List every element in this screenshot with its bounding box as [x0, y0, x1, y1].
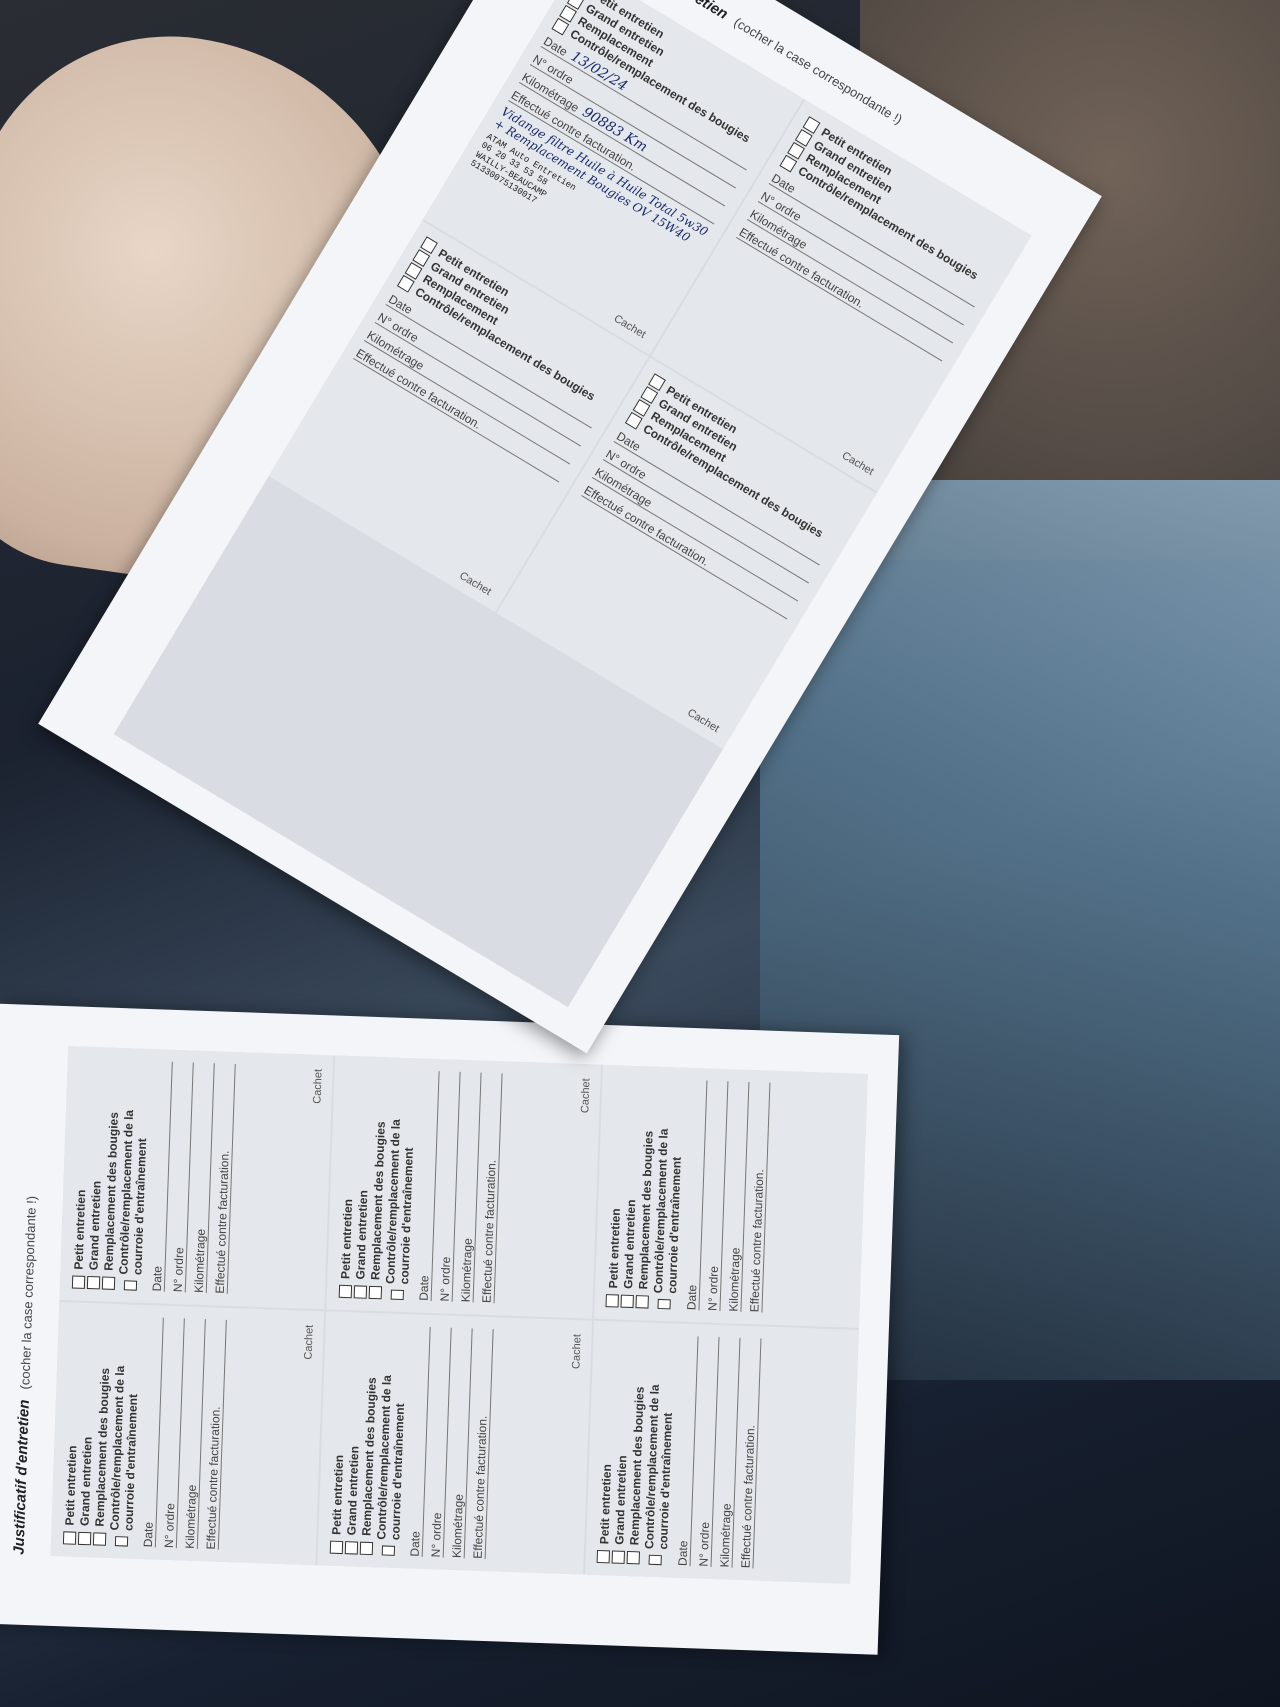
field-label: Effectué contre facturation.	[747, 1169, 766, 1313]
field-label: Effectué contre facturation.	[213, 1150, 232, 1294]
checkbox[interactable]	[368, 1286, 381, 1299]
checkbox[interactable]	[330, 1541, 343, 1554]
cachet-label: Cachet	[840, 449, 876, 477]
checkbox[interactable]	[123, 1281, 136, 1291]
field-label: N° ordre	[162, 1503, 178, 1548]
title-hint: (cocher la case correspondante !)	[17, 1196, 39, 1390]
checkbox[interactable]	[77, 1532, 90, 1545]
checkbox[interactable]	[62, 1531, 75, 1544]
checkbox[interactable]	[627, 1551, 640, 1564]
checkbox[interactable]	[597, 1550, 610, 1563]
field-label: Effectué contre facturation.	[738, 1425, 757, 1569]
checkbox[interactable]	[382, 1546, 395, 1556]
field-label: Kilométrage	[717, 1503, 733, 1567]
cachet-label: Cachet	[612, 312, 648, 340]
checkbox[interactable]	[345, 1541, 358, 1554]
entries-grid: Petit entretienGrand entretienRemplaceme…	[50, 1046, 867, 1584]
field-label: Date	[675, 1540, 690, 1566]
checkbox[interactable]	[92, 1532, 105, 1545]
maintenance-entry: Petit entretienGrand entretienRemplaceme…	[594, 1065, 868, 1328]
form-field[interactable]: Effectué contre facturation.	[736, 1338, 761, 1568]
checkbox[interactable]	[390, 1290, 403, 1300]
field-label: Date	[408, 1531, 423, 1557]
checkbox[interactable]	[71, 1275, 84, 1288]
checkbox[interactable]	[114, 1536, 127, 1546]
form-field[interactable]: Effectué contre facturation.	[478, 1073, 503, 1303]
field-label: Kilométrage	[183, 1484, 199, 1548]
checkbox[interactable]	[101, 1276, 114, 1289]
checkbox[interactable]	[86, 1276, 99, 1289]
field-label: Effectué contre facturation.	[471, 1415, 490, 1559]
option-label: Petit entretien	[339, 1199, 356, 1279]
cachet-label: Cachet	[303, 1325, 316, 1360]
option-label: Contrôle/remplacement de la courroie d'e…	[116, 1060, 151, 1275]
field-label: Kilométrage	[726, 1247, 742, 1311]
field-label: N° ordre	[171, 1247, 187, 1292]
field-label: Kilométrage	[450, 1494, 466, 1558]
checkbox[interactable]	[621, 1295, 634, 1308]
field-label: N° ordre	[696, 1522, 712, 1567]
checkbox[interactable]	[606, 1294, 619, 1307]
field-label: N° ordre	[438, 1256, 454, 1301]
form-field[interactable]: Effectué contre facturation.	[202, 1319, 227, 1549]
checkbox[interactable]	[353, 1285, 366, 1298]
option-label: Petit entretien	[330, 1455, 347, 1535]
cachet-label: Cachet	[685, 707, 721, 735]
field-label: Date	[417, 1275, 432, 1301]
checkbox[interactable]	[612, 1550, 625, 1563]
page-title: Justificatif d'entretien (cocher la case…	[10, 1045, 45, 1555]
form-field[interactable]: Effectué contre facturation.	[745, 1082, 770, 1312]
maintenance-entry: Petit entretienGrand entretienRemplaceme…	[585, 1321, 859, 1584]
form-field[interactable]: Effectué contre facturation.	[211, 1063, 236, 1293]
maintenance-entry: Petit entretienGrand entretienRemplaceme…	[59, 1046, 333, 1309]
field-label: Kilométrage	[192, 1229, 208, 1293]
cachet-label: Cachet	[312, 1069, 325, 1104]
cachet-label: Cachet	[457, 570, 493, 598]
field-label: N° ordre	[429, 1512, 445, 1557]
field-label: Effectué contre facturation.	[480, 1160, 499, 1304]
booklet-bottom-page: Justificatif d'entretien (cocher la case…	[0, 1004, 899, 1655]
cachet-label: Cachet	[579, 1078, 592, 1113]
maintenance-entry: Petit entretienGrand entretienRemplaceme…	[318, 1311, 592, 1574]
checkbox[interactable]	[360, 1542, 373, 1555]
maintenance-entry: Petit entretienGrand entretienRemplaceme…	[50, 1302, 324, 1565]
checkbox[interactable]	[658, 1299, 671, 1309]
field-label: N° ordre	[705, 1266, 721, 1311]
option-label: Petit entretien	[597, 1464, 614, 1544]
maintenance-entry: Petit entretienGrand entretienRemplaceme…	[327, 1056, 601, 1319]
field-label: Kilométrage	[459, 1238, 475, 1302]
checkbox[interactable]	[636, 1295, 649, 1308]
field-label: Date	[141, 1522, 156, 1548]
field-label: Date	[684, 1284, 699, 1310]
title-text: Justificatif d'entretien	[10, 1399, 32, 1555]
option-label: Petit entretien	[606, 1208, 623, 1288]
option-label: Petit entretien	[71, 1189, 88, 1269]
field-label: Date	[150, 1266, 165, 1292]
cachet-label: Cachet	[570, 1334, 583, 1369]
field-label: Effectué contre facturation.	[204, 1406, 223, 1550]
checkbox[interactable]	[649, 1555, 662, 1565]
option-label: Petit entretien	[63, 1445, 80, 1525]
form-field[interactable]: Effectué contre facturation.	[469, 1329, 494, 1559]
checkbox[interactable]	[338, 1285, 351, 1298]
